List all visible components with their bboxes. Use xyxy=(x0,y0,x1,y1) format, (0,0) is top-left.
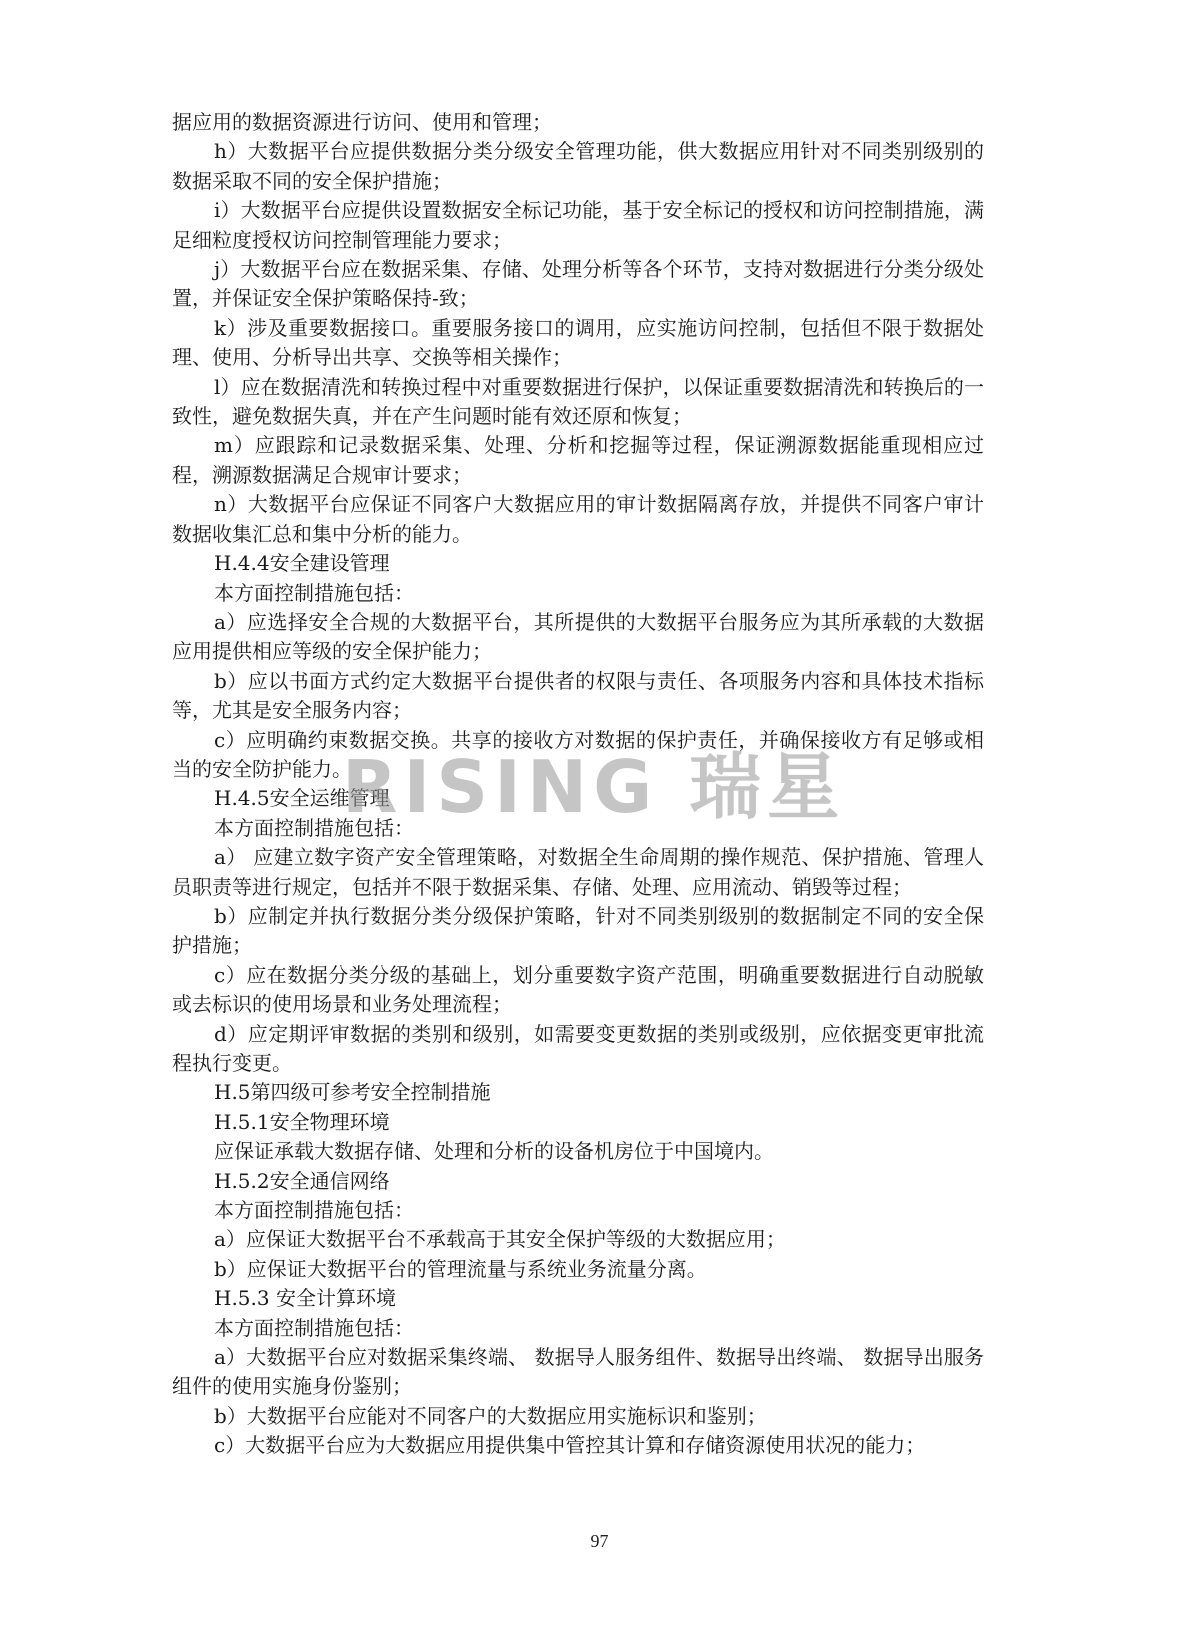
list-item-i: i）大数据平台应提供设置数据安全标记功能，基于安全标记的授权和访问控制措施，满足… xyxy=(172,196,984,255)
section-heading-h-5-2: H.5.2安全通信网络 xyxy=(172,1167,984,1196)
list-item-l: l）应在数据清洗和转换过程中对重要数据进行保护，以保证重要数据清洗和转换后的一致… xyxy=(172,373,984,432)
list-item-j: j）大数据平台应在数据采集、存储、处理分析等各个环节，支持对数据进行分类分级处置… xyxy=(172,255,984,314)
list-item-b: b）应保证大数据平台的管理流量与系统业务流量分离。 xyxy=(172,1255,984,1284)
section-intro: 本方面控制措施包括： xyxy=(172,1314,984,1343)
list-item-d: d）应定期评审数据的类别和级别，如需要变更数据的类别或级别，应依据变更审批流程执… xyxy=(172,1020,984,1079)
section-intro: 本方面控制措施包括： xyxy=(172,1196,984,1225)
list-item-n: n）大数据平台应保证不同客户大数据应用的审计数据隔离存放，并提供不同客户审计数据… xyxy=(172,490,984,549)
list-item-k: k）涉及重要数据接口。重要服务接口的调用，应实施访问控制，包括但不限于数据处理、… xyxy=(172,314,984,373)
paragraph: 应保证承载大数据存储、处理和分析的设备机房位于中国境内。 xyxy=(172,1137,984,1166)
list-item-m: m）应跟踪和记录数据采集、处理、分析和挖掘等过程，保证溯源数据能重现相应过程，溯… xyxy=(172,431,984,490)
paragraph-continuation: 据应用的数据资源进行访问、使用和管理； xyxy=(172,108,984,137)
list-item-c: c）应明确约束数据交换。共享的接收方对数据的保护责任，并确保接收方有足够或相当的… xyxy=(172,726,984,785)
list-item-a: a） 应建立数字资产安全管理策略，对数据全生命周期的操作规范、保护措施、管理人员… xyxy=(172,843,984,902)
page-number: 97 xyxy=(0,1531,1199,1552)
list-item-a: a）大数据平台应对数据采集终端、 数据导人服务组件、数据导出终端、 数据导出服务… xyxy=(172,1343,984,1402)
list-item-c: c）大数据平台应为大数据应用提供集中管控其计算和存储资源使用状况的能力； xyxy=(172,1431,984,1460)
list-item-a: a）应选择安全合规的大数据平台，其所提供的大数据平台服务应为其所承载的大数据应用… xyxy=(172,608,984,667)
section-heading-h-5: H.5第四级可参考安全控制措施 xyxy=(172,1078,984,1107)
document-body: 据应用的数据资源进行访问、使用和管理； h）大数据平台应提供数据分类分级安全管理… xyxy=(172,108,984,1461)
section-intro: 本方面控制措施包括： xyxy=(172,814,984,843)
list-item-b: b）应制定并执行数据分类分级保护策略，针对不同类别级别的数据制定不同的安全保护措… xyxy=(172,902,984,961)
section-heading-h-5-3: H.5.3 安全计算环境 xyxy=(172,1284,984,1313)
list-item-h: h）大数据平台应提供数据分类分级安全管理功能，供大数据应用针对不同类别级别的数据… xyxy=(172,137,984,196)
list-item-b: b）大数据平台应能对不同客户的大数据应用实施标识和鉴别； xyxy=(172,1402,984,1431)
list-item-c: c）应在数据分类分级的基础上，划分重要数字资产范围，明确重要数据进行自动脱敏或去… xyxy=(172,961,984,1020)
list-item-b: b）应以书面方式约定大数据平台提供者的权限与责任、各项服务内容和具体技术指标等，… xyxy=(172,667,984,726)
section-heading-h-5-1: H.5.1安全物理环境 xyxy=(172,1108,984,1137)
section-intro: 本方面控制措施包括： xyxy=(172,579,984,608)
section-heading-h-4-5: H.4.5安全运维管理 xyxy=(172,784,984,813)
list-item-a: a）应保证大数据平台不承载高于其安全保护等级的大数据应用； xyxy=(172,1225,984,1254)
section-heading-h-4-4: H.4.4安全建设管理 xyxy=(172,549,984,578)
